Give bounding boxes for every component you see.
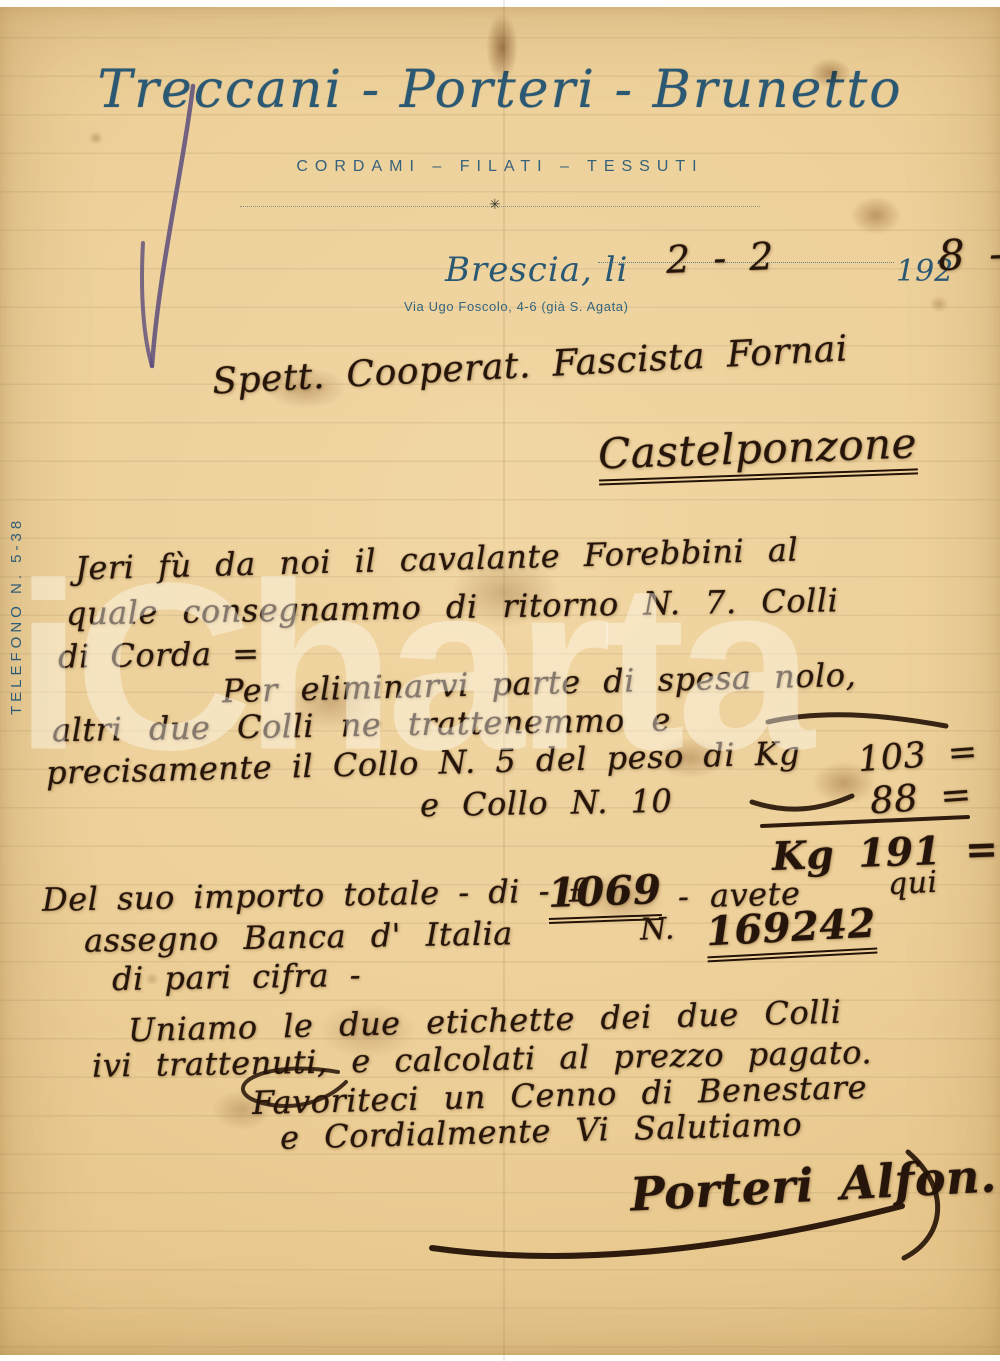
body-line: e Collo N. 10: [420, 782, 673, 824]
recipient-line1: Spett. Cooperat. Fascista Fornai: [211, 328, 848, 402]
phone-number-vertical: TELEFONO N. 5-38: [8, 425, 25, 715]
body-line: di pari cifra -: [112, 956, 362, 998]
letterhead-tagline: CORDAMI – FILATI – TESSUTI: [0, 158, 1000, 176]
body-line: Jeri fù da noi il cavalante Forebbini al: [75, 531, 799, 588]
cheque-number-value: 169242: [705, 900, 878, 963]
recipient-town: Castelponzone: [597, 418, 918, 485]
body-line: Del suo importo totale - di - £: [42, 871, 590, 919]
weight-value-collo10: 88 =: [869, 772, 974, 822]
body-line: qui: [887, 865, 938, 903]
street-address: Via Ugo Foscolo, 4-6 (già S. Agata): [404, 299, 629, 314]
recipient-line2: Castelponzone: [597, 418, 917, 478]
cheque-number: 169242: [705, 900, 877, 956]
divider-star-ornament: ✳: [489, 196, 501, 213]
body-line: assegno Banca d' Italia: [84, 914, 513, 959]
body-line: di Corda =: [58, 634, 260, 676]
body-line: quale consegnammo di ritorno N. 7. Colli: [66, 581, 839, 632]
letterhead-company: Treccani - Porteri - Brunetto: [0, 60, 1000, 120]
date-day-month-handwritten: 2 - 2: [665, 234, 774, 282]
place-date-label: Brescia, li: [445, 250, 628, 290]
signature: Porteri Alfon.: [629, 1148, 998, 1221]
letter-scan: Treccani - Porteri - Brunetto CORDAMI – …: [0, 0, 1000, 1361]
date-year-handwritten: 8 -: [937, 229, 1000, 280]
amount-total-lire: 1069: [547, 866, 662, 917]
weight-total: Kg 191 =: [771, 826, 999, 880]
cheque-n-label: N.: [639, 911, 675, 947]
